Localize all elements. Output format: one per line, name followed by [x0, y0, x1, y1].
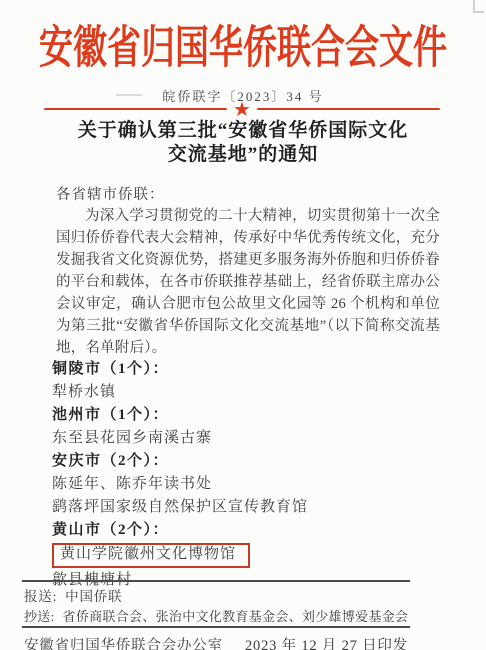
- imprint-row: 安徽省归国华侨联合会办公室 2023 年 12 月 27 日印发: [24, 634, 408, 650]
- official-document-page: 安徽省归国华侨联合会文件 皖侨联字〔2023〕34 号 ★ 关于确认第三批“安徽…: [0, 0, 486, 650]
- city-header-anqing: 安庆市（2个）：: [52, 451, 450, 471]
- divider-line-right: [257, 108, 440, 110]
- list-item-nanxi: 东至县花园乡南溪古寨: [52, 428, 450, 448]
- report-label: 报送:: [24, 589, 57, 604]
- list-item-yaoluoping: 鹞落坪国家级自然保护区宣传教育馆: [52, 497, 450, 517]
- star-icon: ★: [233, 101, 251, 117]
- print-date: 2023 年 12 月 27 日印发: [245, 634, 408, 650]
- highlight-box: 黄山学院徽州文化博物馆: [52, 543, 250, 568]
- cc-label: 抄送:: [24, 609, 55, 624]
- notice-title-line2: 交流基地”的通知: [168, 144, 319, 165]
- cc-row: 抄送:省侨商联合会、张治中文化教育基金会、刘少雄博爱基金会: [24, 606, 408, 625]
- cc-value: 省侨商联合会、张治中文化教育基金会、刘少雄博爱基金会: [63, 609, 409, 624]
- base-city-list: 铜陵市（1个）： 犁桥水镇 池州市（1个）： 东至县花园乡南溪古寨 安庆市（2个…: [52, 359, 450, 593]
- letterhead-title: 安徽省归国华侨联合会文件: [0, 11, 486, 76]
- footer-divider-bottom: [22, 626, 410, 628]
- list-item-chen: 陈延年、陈乔年读书处: [52, 474, 450, 494]
- list-item-huizhou-museum-row: 黄山学院徽州文化博物馆: [52, 543, 450, 568]
- body-paragraph: 为深入学习贯彻党的二十大精神，切实贯彻第十一次全国归侨侨眷代表大会精神，传承好中…: [56, 205, 440, 359]
- notice-title-line1: 关于确认第三批“安徽省华侨国际文化: [78, 120, 409, 141]
- city-header-huangshan: 黄山市（2个）：: [52, 520, 450, 540]
- issuing-office: 安徽省归国华侨联合会办公室: [24, 634, 223, 650]
- city-header-tongling: 铜陵市（1个）：: [52, 359, 450, 379]
- notice-title: 关于确认第三批“安徽省华侨国际文化 交流基地”的通知: [0, 119, 486, 166]
- report-value: 中国侨联: [65, 589, 122, 604]
- city-header-chizhou: 池州市（1个）：: [52, 405, 450, 425]
- salutation: 各省辖市侨联：: [56, 183, 165, 204]
- star-divider: ★: [44, 101, 440, 117]
- footer-divider-top: [22, 580, 410, 582]
- list-item-liqiao: 犁桥水镇: [52, 382, 450, 402]
- report-row: 报送:中国侨联: [24, 585, 122, 605]
- divider-line-left: [44, 108, 227, 110]
